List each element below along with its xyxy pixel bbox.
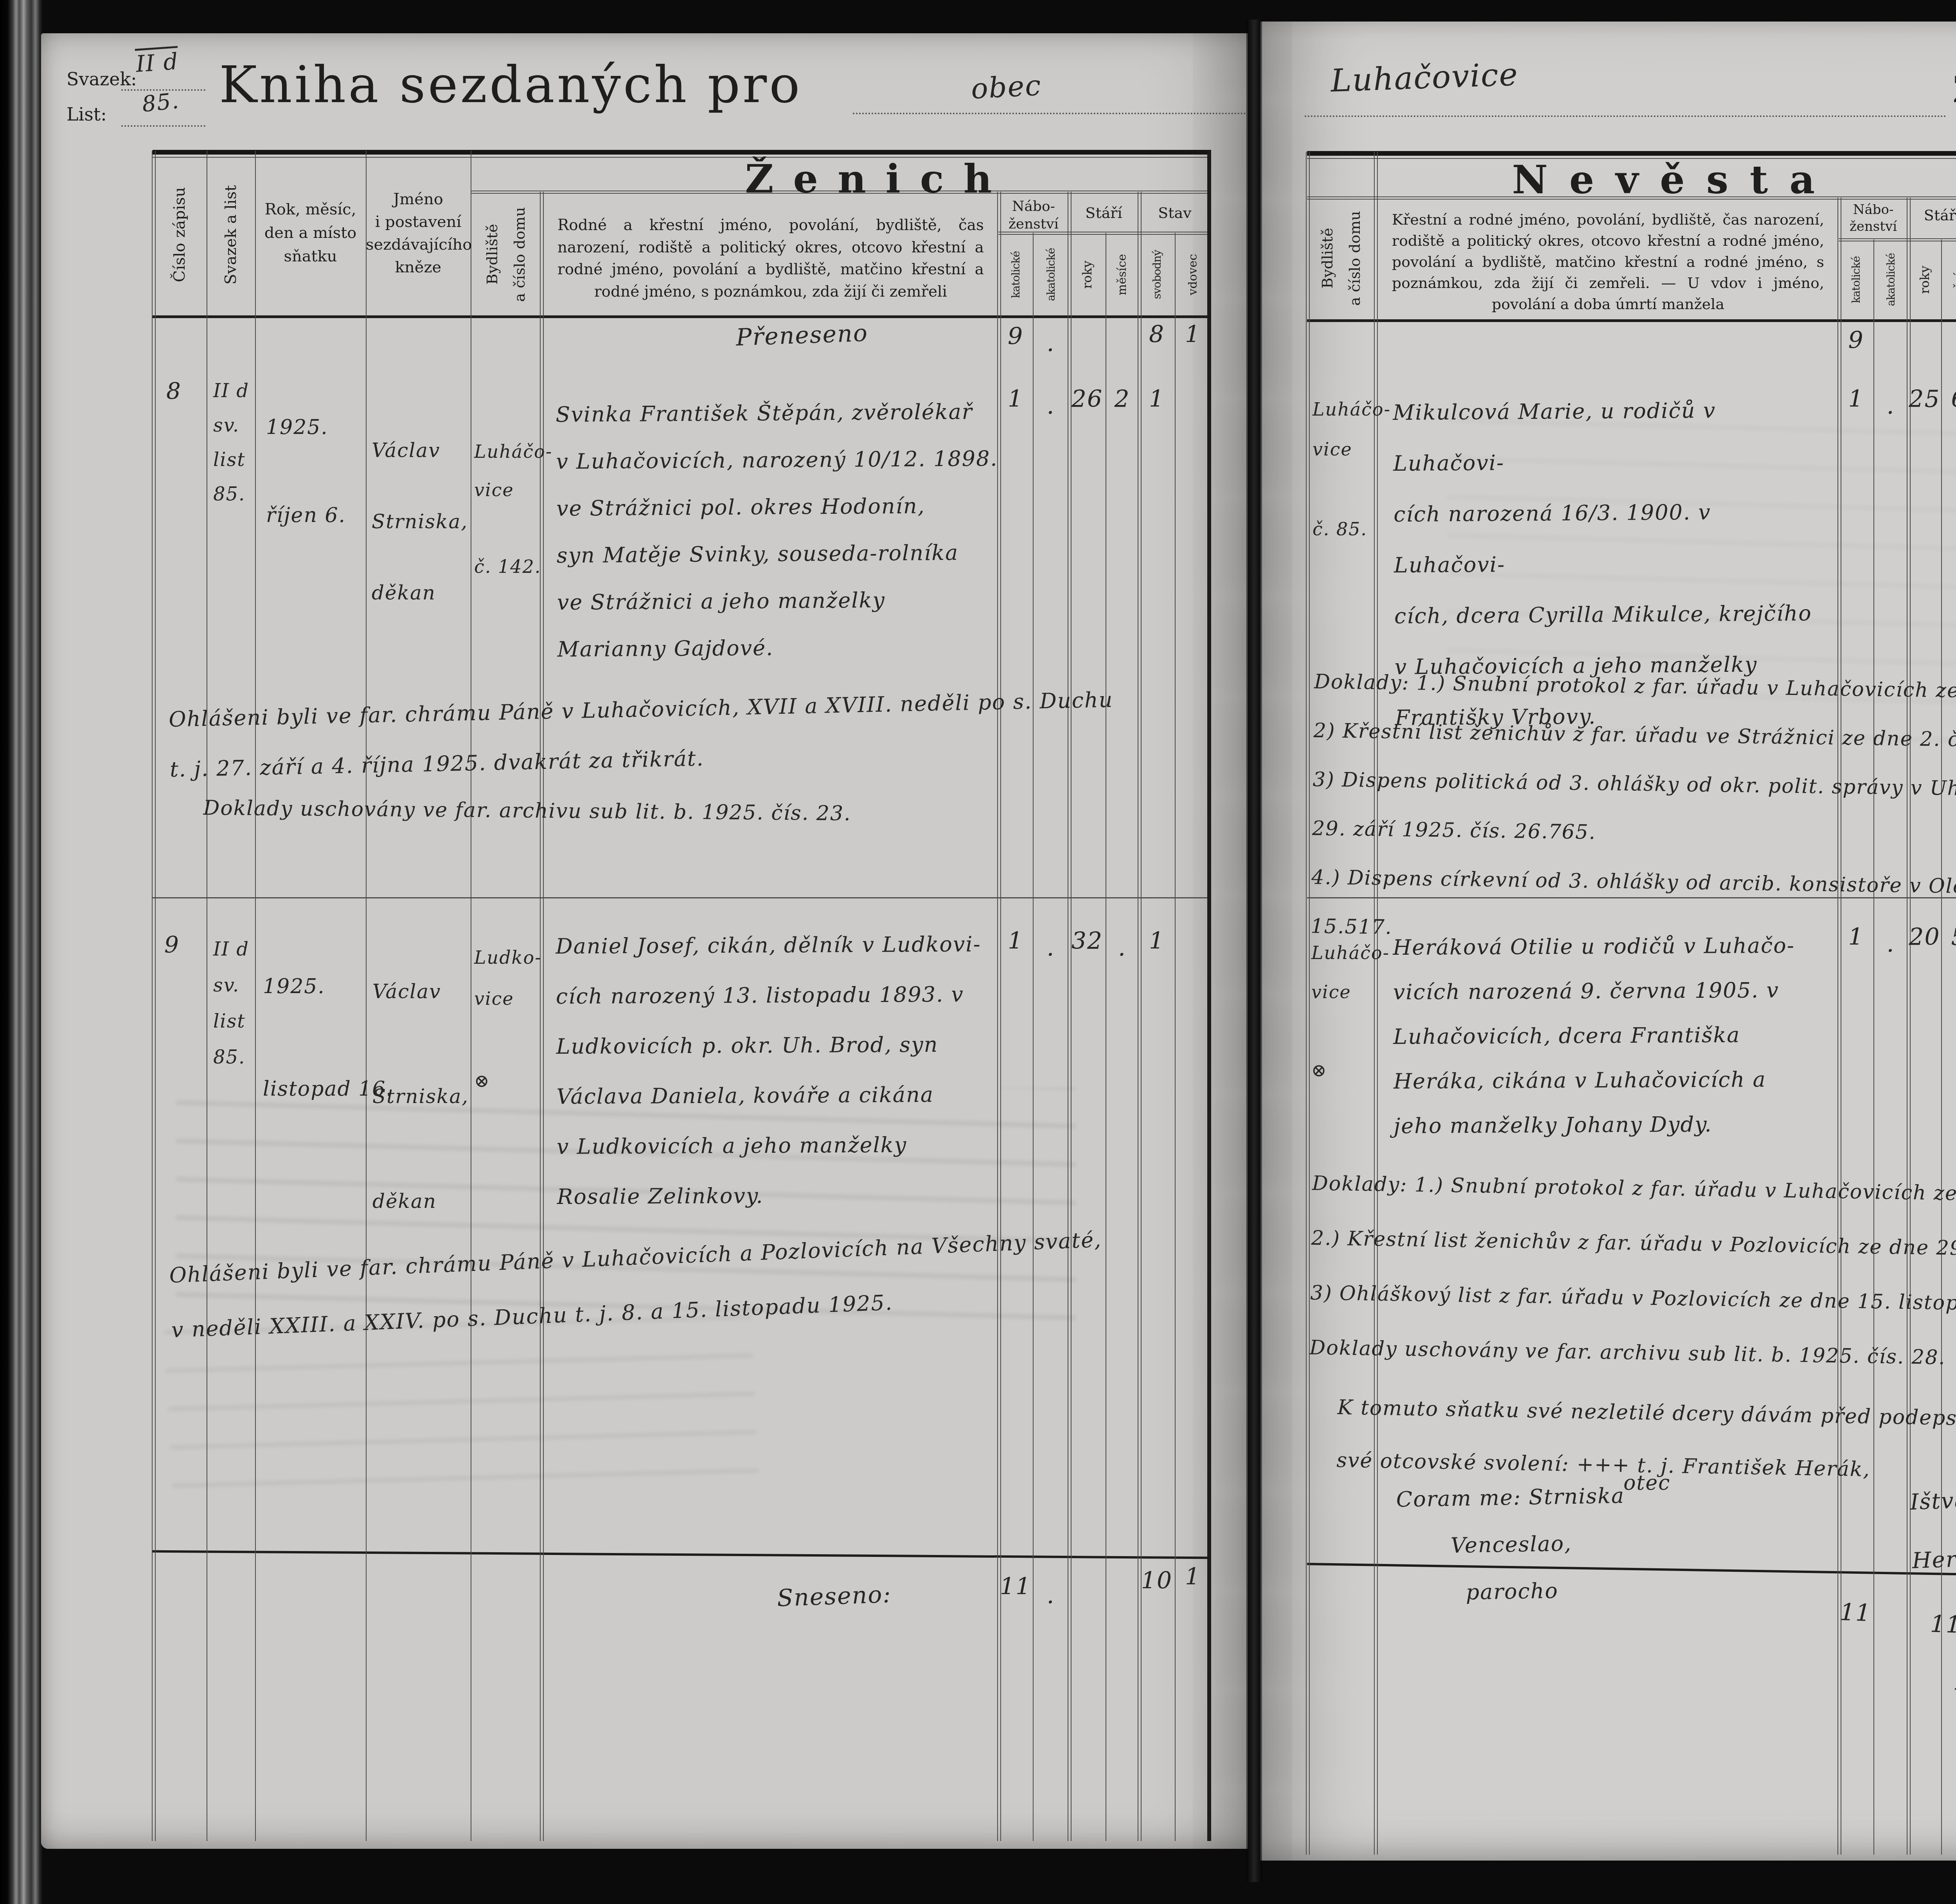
katolicke-label: katolické xyxy=(1850,256,1863,303)
record-9-doklady: Doklady: 1.) Snubní protokol z far. úřad… xyxy=(1309,1156,1956,1391)
preneseno-vdovec: 1 xyxy=(1175,321,1211,348)
record-8-groom-kat: 1 xyxy=(998,385,1033,413)
header-bottom-rule xyxy=(153,315,1211,318)
title-rule-right xyxy=(1305,115,1946,117)
column-line xyxy=(1138,192,1138,1841)
record-9-groom-svobodny: 1 xyxy=(1139,927,1175,955)
col-mesice-bride: měsíce xyxy=(1941,241,1956,319)
col-svobodny-groom: svobodný xyxy=(1139,234,1175,315)
column-line xyxy=(1306,152,1307,1855)
akatolicke-label: akatolické xyxy=(1045,248,1057,301)
record-9-bride-mesice: 5 xyxy=(1941,923,1956,951)
record-9-bride-kat: 1 xyxy=(1839,923,1873,951)
sneseno-label: Sneseno: xyxy=(777,1581,892,1612)
bydliste-line2: a číslo domu xyxy=(1346,211,1363,306)
roky-label: roky xyxy=(1917,266,1932,294)
column-line xyxy=(152,151,153,1841)
svazek-label: Svazek: xyxy=(67,68,137,90)
mesice-label: měsíce xyxy=(1952,259,1956,301)
col-stari-bride: Stáří xyxy=(1908,207,1956,224)
record-9-groom-entry: Daniel Josef, cikán, dělník v Ludkovi- c… xyxy=(556,919,999,1222)
table-top-rule xyxy=(153,150,1211,155)
record-9-groom-kat: 1 xyxy=(998,927,1033,955)
col-vdovec-groom: vdovec xyxy=(1175,234,1211,315)
col-cislo-zapisu: Číslo zápisu xyxy=(153,157,207,313)
svobodny-label: svobodný xyxy=(1151,250,1163,299)
record-8-bride-kat: 1 xyxy=(1839,385,1873,413)
column-line xyxy=(1309,152,1310,1855)
record-9-coram: Coram me: Strniska Venceslao, parocho xyxy=(1346,1471,1677,1618)
column-line xyxy=(1907,198,1907,1855)
sneseno-bride-svobodna: 11 xyxy=(1928,1610,1956,1639)
record-8-bride-bydliste: Luháčo- vice č. 85. xyxy=(1312,389,1391,549)
col-akatolicke-groom: akatolické xyxy=(1033,234,1069,315)
bydliste-line1: Bydliště xyxy=(484,224,501,284)
record-8-number: 8 xyxy=(166,378,182,404)
list-label: List: xyxy=(67,104,107,125)
sneseno-vdovec: 1 xyxy=(1175,1563,1211,1591)
col-jmeno-kneze: Jméno i postavení sezdávajícího kněze xyxy=(366,188,471,279)
groom-banner: Ženich xyxy=(548,156,1209,202)
col-cislo-label: Číslo zápisu xyxy=(171,187,189,282)
svazek-value: II d xyxy=(135,48,180,77)
col-svazek-list: Svazek a list xyxy=(207,157,255,313)
record-9-witness-signatures: Ištvan Jakub – svědek Herák Emil svědek xyxy=(1909,1464,1956,1591)
record-8-svazek: II d sv. list 85. xyxy=(213,374,249,511)
akatolicke-label: akatolické xyxy=(1884,253,1897,306)
col-nabozenstvi-groom: Nábo- ženství xyxy=(998,198,1069,233)
record-9-groom-bydliste: Ludko- vice ⊗ xyxy=(474,937,542,1101)
record-8-groom-roky: 26 xyxy=(1069,385,1106,413)
place-handwritten: Luhačovice xyxy=(1330,56,1519,99)
col-bydliste-groom: Bydliště a číslo domu xyxy=(471,198,541,311)
column-line xyxy=(1071,192,1071,1841)
roky-label: roky xyxy=(1080,261,1095,289)
preneseno-bride-kat: 9 xyxy=(1839,327,1873,354)
record-8-groom-akat: · xyxy=(1033,399,1069,427)
list-rule xyxy=(121,125,205,127)
bride-description-header: Křestní a rodné jméno, povolání, bydlišt… xyxy=(1392,209,1824,315)
table-top-rule xyxy=(1307,151,1956,156)
column-line xyxy=(1175,233,1176,1841)
record-8-doklady: Doklady: 1.) Snubní protokol z far. úřad… xyxy=(1311,657,1956,965)
col-katolicke-groom: katolické xyxy=(998,234,1033,315)
record-9-groom-mesice: · xyxy=(1106,941,1139,968)
preneseno-kat: 9 xyxy=(998,323,1033,350)
col-roky-groom: roky xyxy=(1069,234,1106,315)
obec-handwritten: obec xyxy=(970,69,1043,105)
sneseno-akat: · xyxy=(1033,1589,1069,1616)
record-9-bride-bydliste: Luháčo- vice ⊗ xyxy=(1311,933,1390,1090)
record-8-groom-bydliste: Luháčo- vice č. 142. xyxy=(474,432,552,586)
record-8-bride-mesice: 6 xyxy=(1941,385,1956,413)
record-9-groom-akat: · xyxy=(1033,941,1069,968)
record-9-number: 9 xyxy=(164,931,180,958)
groom-description-header: Rodné a křestní jméno, povolání, bydlišt… xyxy=(557,214,984,303)
record-8-groom-mesice: 2 xyxy=(1106,385,1139,413)
column-line xyxy=(207,151,207,1841)
book-left-page-edges xyxy=(0,0,42,1904)
preneseno-akat: · xyxy=(1033,337,1069,364)
row-separator xyxy=(153,897,1211,898)
bydliste-line1: Bydliště xyxy=(1319,228,1336,288)
column-line xyxy=(155,151,156,1841)
col-mesice-groom: měsíce xyxy=(1106,234,1139,315)
title-rule-left xyxy=(853,113,1246,114)
record-8-bride-akat: · xyxy=(1873,399,1908,427)
record-8-groom-svobodny: 1 xyxy=(1139,385,1175,413)
record-9-bride-roky: 20 xyxy=(1908,923,1941,951)
bydliste-line2: a číslo domu xyxy=(511,207,528,302)
col-stari-groom: Stáří xyxy=(1069,204,1139,221)
column-line xyxy=(255,151,256,1841)
record-8-groom-entry: Svinka František Štěpán, zvěrolékař v Lu… xyxy=(556,388,1000,673)
col-katolicke-bride: katolické xyxy=(1839,241,1873,319)
record-8-bride-roky: 25 xyxy=(1908,385,1941,413)
record-9-groom-roky: 32 xyxy=(1069,927,1106,955)
table-rule xyxy=(1839,238,1956,239)
list-value: 85. xyxy=(141,88,180,117)
column-line xyxy=(1910,198,1911,1855)
col-rok-mesic: Rok, měsíc, den a místo sňatku xyxy=(255,198,366,268)
column-line xyxy=(1106,233,1106,1841)
za-rok-label: za rok xyxy=(1952,55,1956,114)
column-line xyxy=(471,151,471,1841)
bride-banner: Nevěsta xyxy=(1307,157,1956,203)
column-line xyxy=(1873,239,1874,1855)
sneseno-bride-kat: 11 xyxy=(1838,1598,1873,1627)
preneseno-label: Přeneseno xyxy=(735,319,868,351)
col-roky-bride: roky xyxy=(1908,241,1941,319)
book-gutter xyxy=(1246,20,1262,1882)
header-bottom-rule xyxy=(1307,319,1956,322)
col-akatolicke-bride: akatolické xyxy=(1873,241,1908,319)
record-9-knez: Václav Strniska, děkan xyxy=(372,939,469,1254)
record-9-svazek: II d sv. list 85. xyxy=(213,931,249,1075)
preneseno-svobodny: 8 xyxy=(1139,321,1175,348)
book-title: Kniha sezdaných pro xyxy=(219,55,802,114)
col-nabozenstvi-bride: Nábo- ženství xyxy=(1839,202,1908,235)
record-9-bride-entry: Heráková Otilie u rodičů v Luhačo- vicíc… xyxy=(1393,923,1824,1148)
record-9-bride-akat: · xyxy=(1873,937,1908,965)
record-8-datum: 1925. říjen 6. xyxy=(266,383,346,560)
sneseno-kat: 11 xyxy=(998,1573,1033,1600)
marriage-register-scan: Svazek: II d List: 85. Kniha sezdaných p… xyxy=(0,0,1956,1904)
record-8-knez: Václav Strniska, děkan xyxy=(372,415,468,628)
col-stav-groom: Stav xyxy=(1139,204,1211,221)
mesice-label: měsíce xyxy=(1115,254,1129,295)
vdovec-label: vdovec xyxy=(1186,254,1200,295)
col-svazek-label: Svazek a list xyxy=(222,185,240,284)
sneseno-svobodny: 10 xyxy=(1139,1567,1175,1594)
col-bydliste-bride: Bydliště a číslo domu xyxy=(1307,203,1375,313)
katolicke-label: katolické xyxy=(1009,251,1022,298)
